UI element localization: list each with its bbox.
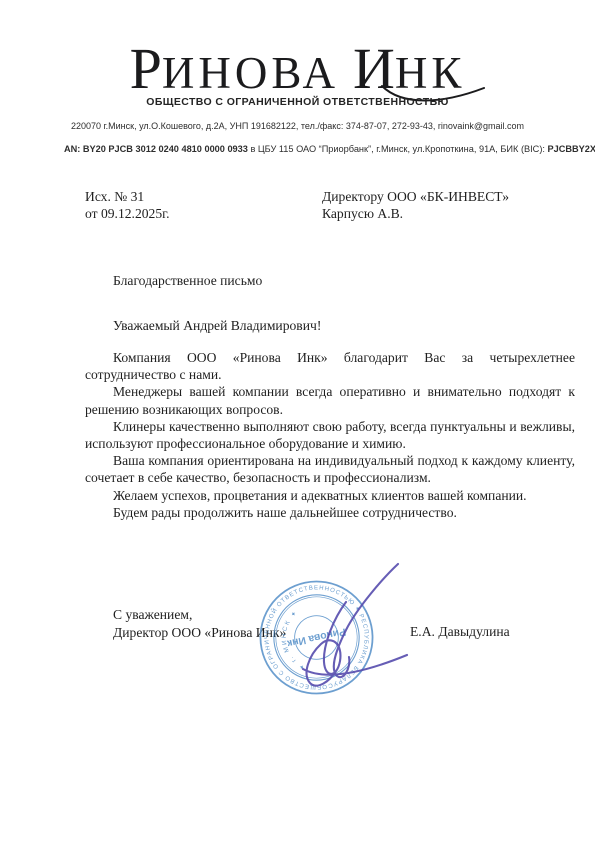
signer-name: Е.А. Давыдулина <box>410 624 510 640</box>
bank-account-number: BY20 PJCB 3012 0240 4810 0000 0933 <box>83 144 248 154</box>
address-line: 220070 г.Минск, ул.О.Кошевого, д.2А, УНП… <box>0 121 595 131</box>
outgoing-reference-block: Исх. № 31 от 09.12.2025г. <box>85 188 170 222</box>
addressee-title: Директору ООО «БК-ИНВЕСТ» <box>322 188 509 205</box>
paragraph: Компания ООО «Ринова Инк» благодарит Вас… <box>85 349 575 383</box>
paragraph: Желаем успехов, процветания и адекватных… <box>85 487 575 504</box>
paragraph: Менеджеры вашей компании всегда оператив… <box>85 383 575 417</box>
addressee-block: Директору ООО «БК-ИНВЕСТ» Карпусю А.В. <box>322 188 509 222</box>
bank-details-line: AN: BY20 PJCB 3012 0240 4810 0000 0933 в… <box>64 144 595 154</box>
company-logo: РИНОВАИНК <box>0 40 595 98</box>
paragraph: Будем рады продолжить наше дальнейшее со… <box>85 504 575 521</box>
outgoing-number: Исх. № 31 <box>85 188 170 205</box>
letter-body: Компания ООО «Ринова Инк» благодарит Вас… <box>85 349 575 521</box>
logo-text: Р <box>130 36 162 101</box>
addressee-name: Карпусю А.В. <box>322 205 509 222</box>
bank-prefix: AN: <box>64 144 83 154</box>
paragraph: Клинеры качественно выполняют свою работ… <box>85 418 575 452</box>
scanned-letter-page: РИНОВАИНК ОБЩЕСТВО С ОГРАНИЧЕННОЙ ОТВЕТС… <box>0 0 595 842</box>
bank-bic: PJCBBY2X <box>548 144 595 154</box>
letter-title: Благодарственное письмо <box>113 273 262 289</box>
paragraph: Ваша компания ориентирована на индивидуа… <box>85 452 575 486</box>
org-form-line: ОБЩЕСТВО С ОГРАНИЧЕННОЙ ОТВЕТСТВЕННОСТЬЮ <box>0 96 595 108</box>
bank-branch-text: в ЦБУ 115 ОАО “Приорбанк”, г.Минск, ул.К… <box>248 144 548 154</box>
handwritten-signature <box>245 550 415 710</box>
outgoing-date: от 09.12.2025г. <box>85 205 170 222</box>
salutation: Уважаемый Андрей Владимирович! <box>113 318 321 334</box>
